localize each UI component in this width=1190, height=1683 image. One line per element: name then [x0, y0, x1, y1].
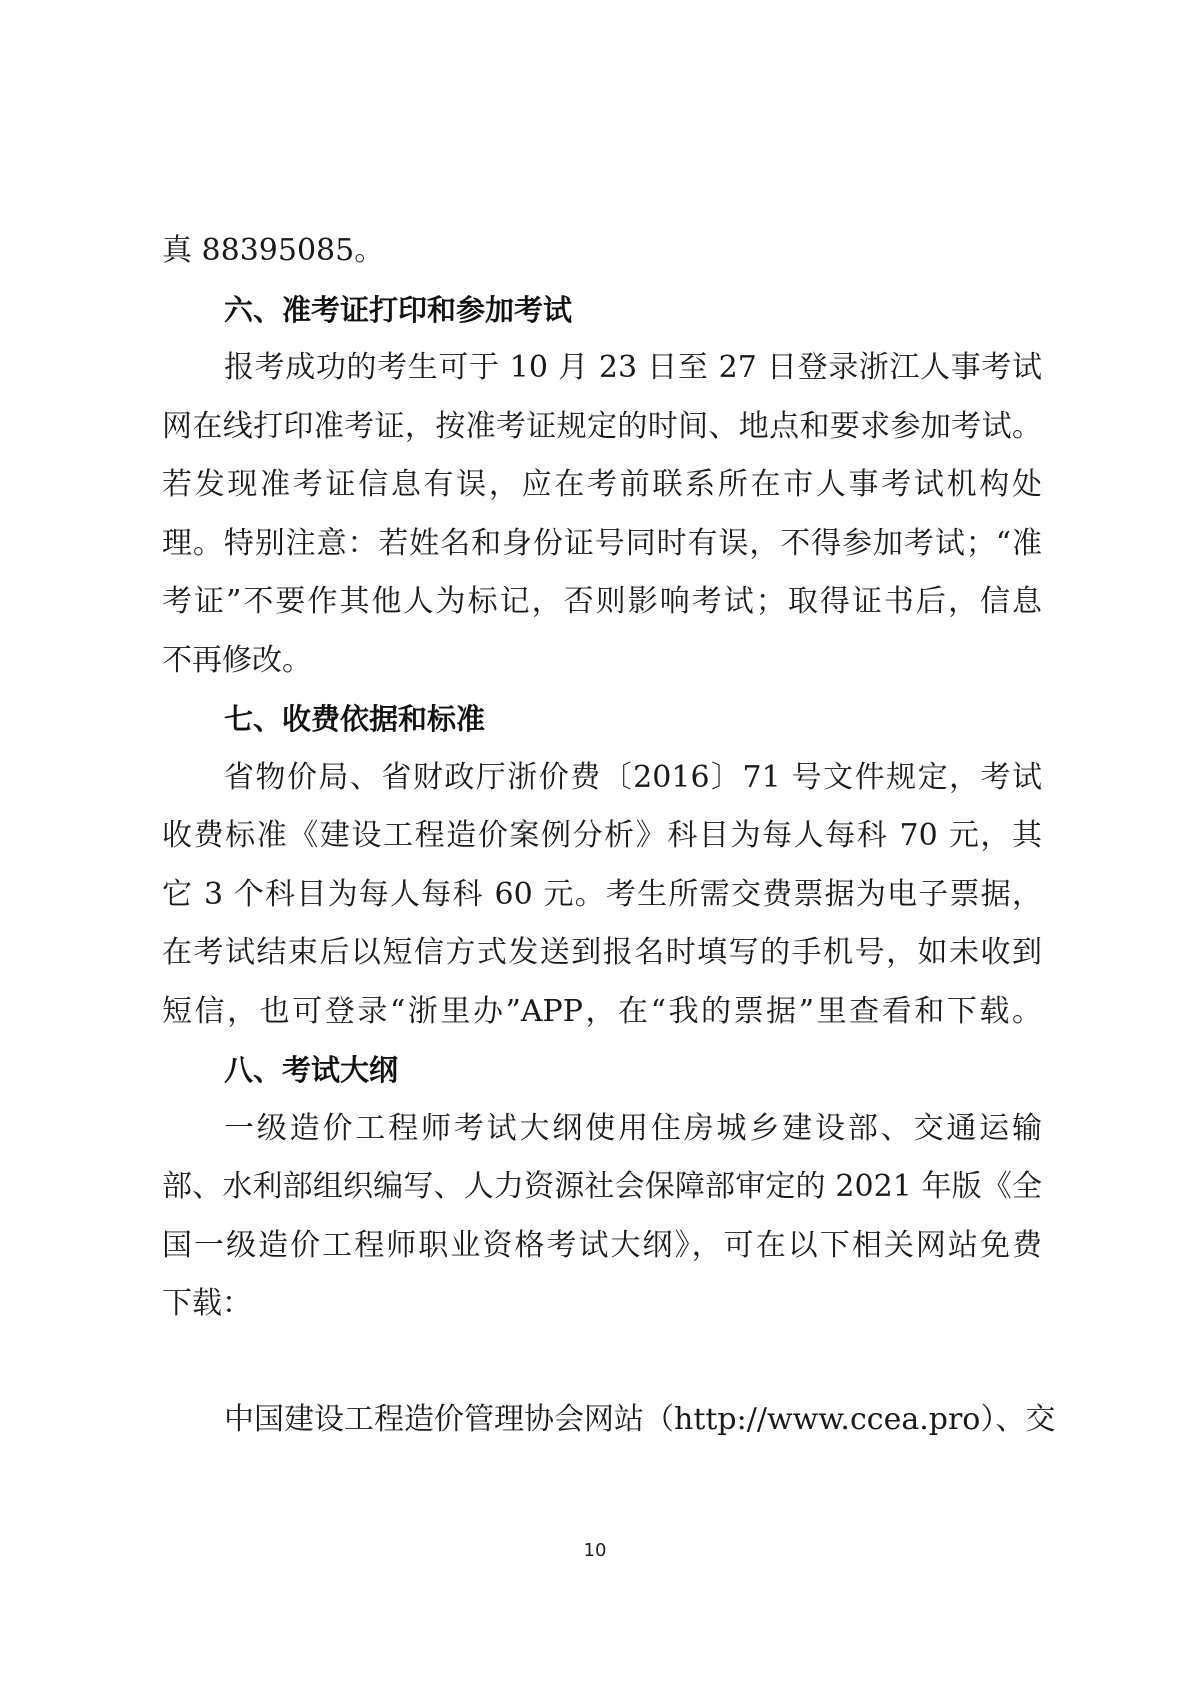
paragraph-line: 一级造价工程师考试大纲使用住房城乡建设部、交通运输 [224, 1109, 1042, 1149]
paragraph-line: 考证”不要作其他人为标记，否则影响考试；取得证书后，信息 [162, 582, 1042, 622]
paragraph-line: 国一级造价工程师职业资格考试大纲》，可在以下相关网站免费 [162, 1226, 1042, 1266]
document-page: 真 88395085。 六、准考证打印和参加考试 报考成功的考生可于 10 月 … [0, 0, 1190, 1683]
paragraph-line: 报考成功的考生可于 10 月 23 日至 27 日登录浙江人事考试 [224, 348, 1042, 388]
paragraph-line: 它 3 个科目为每人每科 60 元。考生所需交费票据为电子票据， [162, 875, 1042, 915]
paragraph-line: 下载： [162, 1284, 1042, 1324]
page-number: 10 [0, 1540, 1190, 1561]
paragraph-line: 网在线打印准考证，按准考证规定的时间、地点和要求参加考试。 [162, 407, 1042, 447]
paragraph-line: 短信，也可登录“浙里办”APP，在“我的票据”里查看和下载。 [162, 992, 1042, 1032]
section-heading-8: 八、考试大纲 [224, 1050, 398, 1090]
paragraph-line: 若发现准考证信息有误，应在考前联系所在市人事考试机构处 [162, 465, 1042, 505]
website-link-line: 中国建设工程造价管理协会网站（http://www.ccea.pro）、交 [224, 1400, 1042, 1440]
paragraph-line: 收费标准《建设工程造价案例分析》科目为每人每科 70 元，其 [162, 816, 1042, 856]
section-heading-7: 七、收费依据和标准 [224, 699, 485, 739]
paragraph-line: 真 88395085。 [162, 231, 1042, 271]
section-heading-6: 六、准考证打印和参加考试 [224, 290, 572, 330]
paragraph-line: 不再修改。 [162, 641, 1042, 681]
paragraph-line: 省物价局、省财政厅浙价费〔2016〕71 号文件规定，考试 [224, 758, 1042, 798]
paragraph-line: 部、水利部组织编写、人力资源社会保障部审定的 2021 年版《全 [162, 1167, 1042, 1207]
paragraph-line: 理。特别注意：若姓名和身份证号同时有误，不得参加考试；“准 [162, 524, 1042, 564]
paragraph-line: 在考试结束后以短信方式发送到报名时填写的手机号，如未收到 [162, 933, 1042, 973]
